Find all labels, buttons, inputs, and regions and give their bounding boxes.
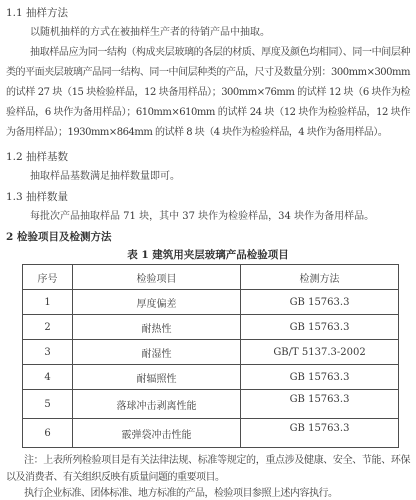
table-row: 6 霰弹袋冲击性能 GB 15763.3	[23, 419, 399, 448]
row-method: GB 15763.3	[241, 290, 399, 315]
row-method: GB 15763.3	[241, 365, 399, 390]
row-item: 落球冲击剥离性能	[73, 390, 241, 419]
table-row: 5 落球冲击剥离性能 GB 15763.3	[23, 390, 399, 419]
row-item: 耐热性	[73, 315, 241, 340]
table-row: 3 耐湿性 GB/T 5137.3-2002	[23, 340, 399, 365]
document-page: 1.1 抽样方法 以随机抽样的方式在被抽样生产者的待销产品中抽取。 抽取样品应为…	[0, 0, 416, 500]
column-header-item: 检验项目	[73, 265, 241, 290]
row-no: 1	[23, 290, 73, 315]
table-row: 1 厚度偏差 GB 15763.3	[23, 290, 399, 315]
column-header-no: 序号	[23, 265, 73, 290]
row-item: 耐湿性	[73, 340, 241, 365]
row-no: 3	[23, 340, 73, 365]
table-row: 2 耐热性 GB 15763.3	[23, 315, 399, 340]
section-1-3-paragraph: 每批次产品抽取样品 71 块，其中 37 块作为检验样品，34 块作为备用样品。	[6, 207, 410, 227]
row-item: 霰弹袋冲击性能	[73, 419, 241, 448]
inspection-items-table: 序号 检验项目 检测方法 1 厚度偏差 GB 15763.3 2 耐热性 GB …	[22, 264, 399, 448]
row-item: 耐辐照性	[73, 365, 241, 390]
row-method: GB 15763.3	[241, 419, 399, 448]
row-method: GB/T 5137.3-2002	[241, 340, 399, 365]
row-method: GB 15763.3	[241, 390, 399, 419]
row-no: 4	[23, 365, 73, 390]
table-header-row: 序号 检验项目 检测方法	[23, 265, 399, 290]
section-2-heading: 2 检验项目及检测方法	[6, 227, 410, 247]
column-header-method: 检测方法	[241, 265, 399, 290]
row-item: 厚度偏差	[73, 290, 241, 315]
table-footnote: 注：上表所列检验项目是有关法律法规、标准等规定的，重点涉及健康、安全、节能、环保…	[6, 453, 410, 486]
section-1-2-paragraph: 抽取样品基数满足抽样数量即可。	[6, 167, 410, 187]
section-1-1-paragraph-2: 抽取样品应为同一结构（构成夹层玻璃的各层的材质、厚度及颜色均相同）、同一中间层种…	[6, 43, 410, 143]
closing-paragraph: 执行企业标准、团体标准、地方标准的产品，检验项目参照上述内容执行。	[6, 486, 410, 500]
table-caption: 表 1 建筑用夹层玻璃产品检验项目	[6, 248, 410, 262]
row-no: 5	[23, 390, 73, 419]
row-method: GB 15763.3	[241, 315, 399, 340]
row-no: 2	[23, 315, 73, 340]
section-1-3-heading: 1.3 抽样数量	[6, 187, 410, 207]
table-row: 4 耐辐照性 GB 15763.3	[23, 365, 399, 390]
section-1-1-heading: 1.1 抽样方法	[6, 3, 410, 23]
row-no: 6	[23, 419, 73, 448]
section-1-1-paragraph-1: 以随机抽样的方式在被抽样生产者的待销产品中抽取。	[6, 23, 410, 43]
section-1-2-heading: 1.2 抽样基数	[6, 147, 410, 167]
